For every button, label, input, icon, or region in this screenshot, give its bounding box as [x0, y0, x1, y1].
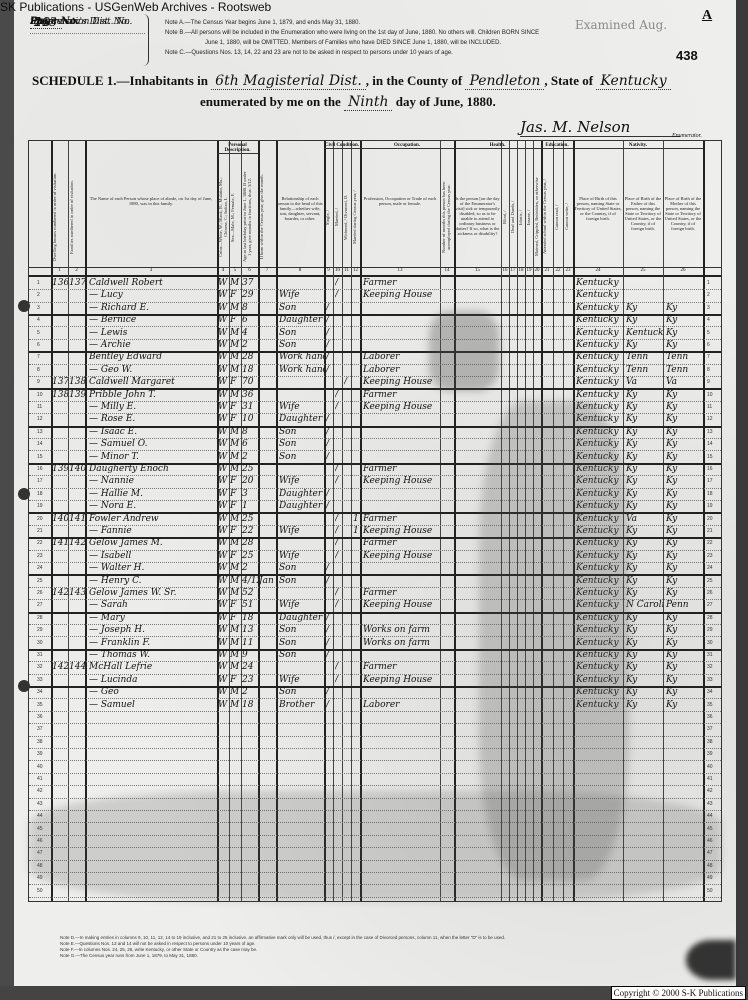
- cell-name: Gelow James W. Sr.: [89, 587, 217, 599]
- column-group-education: Education.: [541, 143, 573, 149]
- cell-name: — Walter H.: [89, 562, 217, 574]
- cell-mother: Ky: [666, 314, 703, 326]
- cell-father: Ky: [626, 438, 663, 450]
- cell-color: W: [218, 562, 229, 574]
- cell-age: 23: [242, 674, 258, 686]
- cell-age: 20: [242, 475, 258, 487]
- cell-sex: M: [230, 277, 241, 289]
- census-row: 10138139Pribble John T.WM36/FarmerKentuc…: [29, 389, 721, 402]
- cell-line: 10: [37, 389, 51, 401]
- cell-color: W: [218, 277, 229, 289]
- cell-color: W: [218, 637, 229, 649]
- cell-sex: M: [230, 575, 241, 587]
- note-b-cont: June 1, 1880, will be OMITTED. Members o…: [165, 38, 585, 48]
- note-g: Note G.—The Census year runs from June 1…: [60, 953, 620, 959]
- cell-line: 14: [37, 438, 51, 450]
- cell-line: 2: [37, 289, 51, 301]
- cell-line-right: 1: [707, 277, 710, 289]
- cell-line-right: 33: [707, 674, 713, 686]
- cell-line-right: 36: [707, 711, 713, 723]
- cell-married: /: [335, 463, 342, 475]
- cell-family: 141: [69, 513, 85, 525]
- cell-mother: Ky: [666, 401, 703, 413]
- cell-name: — Thomas W.: [89, 649, 217, 661]
- cell-relation: Daughter: [279, 612, 324, 624]
- state-prefix: , State of: [544, 73, 593, 88]
- column-header-dwelling: Dwelling houses numbered in order of vis…: [52, 171, 67, 263]
- cell-line-right: 16: [707, 463, 713, 475]
- cell-single: /: [326, 426, 333, 438]
- cell-line: 40: [37, 761, 51, 773]
- cell-father: Ky: [626, 649, 663, 661]
- cell-line: 18: [37, 488, 51, 500]
- cell-relation: Daughter: [279, 488, 324, 500]
- column-number: 14: [440, 268, 454, 273]
- cell-birth: Kentucky: [576, 277, 623, 289]
- cell-color: W: [218, 413, 229, 425]
- census-row: 7Bentley EdwardWM28Work hand/LaborerKent…: [29, 351, 721, 364]
- cell-sex: M: [230, 302, 241, 314]
- cell-married: /: [335, 674, 342, 686]
- column-header-birth: Place of Birth of this person, naming St…: [574, 196, 622, 236]
- cell-age: 8: [242, 426, 258, 438]
- census-table: Dwelling houses numbered in order of vis…: [28, 140, 722, 902]
- cell-relation: Wife: [279, 401, 324, 413]
- cell-relation: Daughter: [279, 314, 324, 326]
- cell-father: Ky: [626, 314, 663, 326]
- site-banner: SK Publications - USGenWeb Archives - Ro…: [0, 0, 271, 14]
- cell-name: — Rose E.: [89, 413, 217, 425]
- cell-line-right: 10: [707, 389, 713, 401]
- cell-relation: Wife: [279, 674, 324, 686]
- cell-name: — Isaac E.: [89, 426, 217, 438]
- cell-relation: Wife: [279, 525, 324, 537]
- cell-sex: F: [230, 289, 241, 301]
- cell-age: 31: [242, 401, 258, 413]
- cell-color: W: [218, 513, 229, 525]
- cell-name: — Henry C.: [89, 575, 217, 587]
- cell-father: Kentucky: [626, 327, 663, 339]
- cell-mother: Ky: [666, 699, 703, 711]
- cell-father: Ky: [626, 413, 663, 425]
- cell-sex: M: [230, 649, 241, 661]
- cell-single: /: [326, 451, 333, 463]
- cell-color: W: [218, 475, 229, 487]
- cell-line-right: 31: [707, 649, 713, 661]
- cell-married: /: [335, 599, 342, 611]
- cell-sex: M: [230, 699, 241, 711]
- cell-married: /: [335, 661, 342, 673]
- cell-mother: Ky: [666, 302, 703, 314]
- cell-born: Jan: [259, 575, 276, 587]
- cell-occupation: Farmer: [363, 463, 440, 475]
- cell-birth: Kentucky: [576, 339, 623, 351]
- cell-line-right: 6: [707, 339, 710, 351]
- note-b: Note B.—All persons will be included in …: [165, 28, 585, 38]
- cell-color: W: [218, 649, 229, 661]
- cell-line: 39: [37, 748, 51, 760]
- cell-line: 20: [37, 513, 51, 525]
- header-notes: Note A.—The Census Year begins June 1, 1…: [165, 18, 585, 58]
- cell-age: 25: [242, 513, 258, 525]
- cell-occupation: Keeping House: [363, 599, 440, 611]
- cell-relation: Wife: [279, 599, 324, 611]
- cell-name: McHall Lefrie: [89, 661, 217, 673]
- cell-married: /: [335, 289, 342, 301]
- cell-line-right: 41: [707, 773, 713, 785]
- cell-line: 43: [37, 798, 51, 810]
- cell-line: 31: [37, 649, 51, 661]
- cell-mother: Ky: [666, 624, 703, 636]
- cell-line: 4: [37, 314, 51, 326]
- schedule-prefix: SCHEDULE 1.—Inhabitants in: [32, 73, 208, 88]
- column-group-nativity: Nativity.: [573, 143, 703, 149]
- cell-occupation: Laborer: [363, 699, 440, 711]
- cell-color: W: [218, 550, 229, 562]
- column-header-single: Single, /: [325, 171, 332, 263]
- cell-age: 18: [242, 364, 258, 376]
- cell-single: /: [326, 339, 333, 351]
- cell-line: 23: [37, 550, 51, 562]
- cell-color: W: [218, 699, 229, 711]
- cell-birth: Kentucky: [576, 389, 623, 401]
- thumb-smudge: [686, 940, 736, 980]
- cell-single: /: [326, 575, 333, 587]
- cell-name: — Lucinda: [89, 674, 217, 686]
- cell-dwelling: 137: [52, 376, 68, 388]
- cell-name: Gelow James M.: [89, 537, 217, 549]
- cell-name: — Samuel O.: [89, 438, 217, 450]
- cell-mother: Ky: [666, 637, 703, 649]
- cell-mother: Ky: [666, 438, 703, 450]
- cell-single: /: [326, 649, 333, 661]
- cell-color: W: [218, 587, 229, 599]
- cell-line-right: 21: [707, 525, 713, 537]
- cell-line-right: 19: [707, 500, 713, 512]
- cell-name: — Richard E.: [89, 302, 217, 314]
- column-number: 10: [333, 268, 342, 273]
- cell-line: 1: [37, 277, 51, 289]
- cell-birth: Kentucky: [576, 351, 623, 363]
- cell-mother: Ky: [666, 413, 703, 425]
- cell-sex: M: [230, 637, 241, 649]
- cell-single: /: [326, 699, 333, 711]
- cell-single: /: [326, 302, 333, 314]
- cell-line-right: 7: [707, 351, 710, 363]
- cell-family: 142: [69, 537, 85, 549]
- cell-line-right: 30: [707, 637, 713, 649]
- cell-relation: Wife: [279, 475, 324, 487]
- cell-name: — Fannie: [89, 525, 217, 537]
- column-header-father: Place of Birth of the Father of this per…: [624, 196, 662, 236]
- cell-line: 37: [37, 723, 51, 735]
- cell-father: Ky: [626, 475, 663, 487]
- sheet-number: 438: [676, 48, 698, 63]
- cell-married: /: [335, 513, 342, 525]
- cell-age: 10: [242, 413, 258, 425]
- cell-relation: Daughter: [279, 413, 324, 425]
- cell-age: 2: [242, 339, 258, 351]
- cell-mother: Ky: [666, 451, 703, 463]
- cell-line-right: 27: [707, 599, 713, 611]
- cell-relation: Wife: [279, 289, 324, 301]
- cell-line: 9: [37, 376, 51, 388]
- cell-father: Va: [626, 513, 663, 525]
- cell-color: W: [218, 451, 229, 463]
- cell-color: W: [218, 488, 229, 500]
- cell-father: Ky: [626, 612, 663, 624]
- cell-father: Ky: [626, 426, 663, 438]
- cell-mother: Penn: [666, 599, 703, 611]
- cell-color: W: [218, 661, 229, 673]
- cell-age: 9: [242, 649, 258, 661]
- column-number: 11: [342, 268, 351, 273]
- census-row: 1136137Caldwell RobertWM37/FarmerKentuck…: [29, 277, 721, 290]
- cell-line-right: 37: [707, 723, 713, 735]
- cell-mother: Ky: [666, 339, 703, 351]
- cell-line-right: 4: [707, 314, 710, 326]
- cell-age: 13: [242, 624, 258, 636]
- cell-sex: M: [230, 587, 241, 599]
- cell-father: Ky: [626, 451, 663, 463]
- cell-name: — Sarah: [89, 599, 217, 611]
- cell-age: 2: [242, 686, 258, 698]
- cell-relation: Son: [279, 339, 324, 351]
- cell-sex: F: [230, 488, 241, 500]
- cell-line-right: 40: [707, 761, 713, 773]
- cell-relation: Son: [279, 562, 324, 574]
- punch-hole: [18, 300, 30, 312]
- census-row: 5— LewisWM4Son/KentuckyKentuckyKy5: [29, 327, 721, 340]
- cell-sex: M: [230, 339, 241, 351]
- cell-line: 42: [37, 785, 51, 797]
- cell-birth: Kentucky: [576, 327, 623, 339]
- cell-single: /: [326, 612, 333, 624]
- cell-age: 8: [242, 302, 258, 314]
- cell-single: /: [326, 562, 333, 574]
- cell-mother: Ky: [666, 327, 703, 339]
- cell-line-right: 8: [707, 364, 710, 376]
- cell-mother: Ky: [666, 525, 703, 537]
- cell-name: — Mary: [89, 612, 217, 624]
- cell-color: W: [218, 401, 229, 413]
- cell-family: 144: [69, 661, 85, 673]
- cell-father: Tenn: [626, 364, 663, 376]
- cell-line-right: 28: [707, 612, 713, 624]
- cell-family: 143: [69, 587, 85, 599]
- cell-father: Ky: [626, 488, 663, 500]
- column-header-unemp: Number of months this person has been un…: [441, 171, 453, 263]
- cell-name: — Milly E.: [89, 401, 217, 413]
- cell-sex: M: [230, 661, 241, 673]
- cell-father: Ky: [626, 686, 663, 698]
- column-number: 5: [229, 268, 241, 273]
- cell-line: 50: [37, 885, 51, 897]
- cell-occupation: Keeping House: [363, 401, 440, 413]
- column-number: 23: [563, 268, 573, 273]
- cell-father: Ky: [626, 463, 663, 475]
- cell-widowed: /: [344, 376, 351, 388]
- cell-father: Ky: [626, 401, 663, 413]
- cell-married: /: [335, 475, 342, 487]
- cell-name: — Franklin F.: [89, 637, 217, 649]
- cell-occupation: Keeping House: [363, 550, 440, 562]
- cell-age: 70: [242, 376, 258, 388]
- cell-name: — Samuel: [89, 699, 217, 711]
- cell-occupation: Keeping House: [363, 674, 440, 686]
- cell-age: 22: [242, 525, 258, 537]
- copyright-notice: Copyright © 2000 S-K Publications: [611, 986, 746, 1000]
- cell-father: Ky: [626, 624, 663, 636]
- cell-occupation: Farmer: [363, 513, 440, 525]
- cell-line: 11: [37, 401, 51, 413]
- cell-dwelling: 141: [52, 537, 68, 549]
- cell-line-right: 39: [707, 748, 713, 760]
- column-number: 2: [68, 268, 85, 273]
- cell-mother: Ky: [666, 537, 703, 549]
- page-identifiers: Page No.21 Supervisor's Dist. No.4 Enume…: [30, 16, 145, 68]
- column-header-deaf: Deaf and Dumb, /: [510, 171, 516, 263]
- enumeration-value: 163: [30, 16, 62, 29]
- column-header-mother: Place of Birth of the Mother of this per…: [664, 196, 702, 236]
- cell-relation: Wife: [279, 550, 324, 562]
- cell-family: 138: [69, 376, 85, 388]
- water-stain: [29, 791, 721, 901]
- cell-age: 18: [242, 612, 258, 624]
- cell-father: Ky: [626, 699, 663, 711]
- cell-sex: M: [230, 513, 241, 525]
- column-header-maimed: Maimed, Crippled, Bedridden, or otherwis…: [534, 171, 540, 263]
- cell-sex: F: [230, 500, 241, 512]
- column-number: 15: [454, 268, 501, 273]
- cell-line: 16: [37, 463, 51, 475]
- cell-name: Fowler Andrew: [89, 513, 217, 525]
- cell-color: W: [218, 674, 229, 686]
- cell-age: 1: [242, 500, 258, 512]
- cell-line-right: 22: [707, 537, 713, 549]
- cell-line-right: 15: [707, 451, 713, 463]
- cell-age: 52: [242, 587, 258, 599]
- cell-color: W: [218, 599, 229, 611]
- cell-line-right: 32: [707, 661, 713, 673]
- cell-sex: F: [230, 314, 241, 326]
- cell-family: 137: [69, 277, 85, 289]
- cell-line: 33: [37, 674, 51, 686]
- column-group-occupation: Occupation.: [360, 143, 454, 149]
- column-header-insane: Insane, /: [526, 171, 532, 263]
- cell-family: 140: [69, 463, 85, 475]
- cell-name: Bentley Edward: [89, 351, 217, 363]
- cell-marriedyear: 1: [353, 525, 360, 537]
- cell-sex: M: [230, 463, 241, 475]
- cell-color: W: [218, 686, 229, 698]
- cell-color: W: [218, 500, 229, 512]
- column-number: 7: [258, 268, 276, 273]
- cell-occupation: Farmer: [363, 389, 440, 401]
- cell-occupation: Keeping House: [363, 376, 440, 388]
- cell-line: 8: [37, 364, 51, 376]
- cell-line: 21: [37, 525, 51, 537]
- cell-age: 3: [242, 488, 258, 500]
- cell-name: — Archie: [89, 339, 217, 351]
- cell-name: — Geo W.: [89, 364, 217, 376]
- cell-color: W: [218, 612, 229, 624]
- cell-occupation: Works on farm: [363, 637, 440, 649]
- cell-sex: F: [230, 525, 241, 537]
- cell-name: — Nora E.: [89, 500, 217, 512]
- cell-mother: Ky: [666, 674, 703, 686]
- cell-line-right: 5: [707, 327, 710, 339]
- cell-birth: Kentucky: [576, 314, 623, 326]
- cell-married: /: [335, 401, 342, 413]
- column-group-civil: Civil Condition.: [324, 143, 360, 149]
- enumerated-suffix: day of June, 1880.: [396, 94, 496, 109]
- cell-sex: M: [230, 438, 241, 450]
- cell-father: Ky: [626, 575, 663, 587]
- cell-age: 24: [242, 661, 258, 673]
- cell-name: Pribble John T.: [89, 389, 217, 401]
- column-header-color: Color—White, W.; Black, B.; Mulatto, Mu.…: [218, 171, 228, 263]
- cell-relation: Brother: [279, 699, 324, 711]
- cell-married: /: [335, 550, 342, 562]
- cell-sex: M: [230, 624, 241, 636]
- cell-line-right: 25: [707, 575, 713, 587]
- cell-line-right: 13: [707, 426, 713, 438]
- cell-single: /: [326, 413, 333, 425]
- column-header-name: The Name of each Person whose place of a…: [86, 196, 216, 236]
- census-row: 11— Milly E.WF31Wife/Keeping HouseKentuc…: [29, 401, 721, 414]
- cell-dwelling: 142: [52, 661, 68, 673]
- cell-line: 36: [37, 711, 51, 723]
- cell-single: /: [326, 438, 333, 450]
- cell-color: W: [218, 364, 229, 376]
- cell-sex: F: [230, 674, 241, 686]
- cell-line: 38: [37, 736, 51, 748]
- cell-relation: Son: [279, 327, 324, 339]
- cell-mother: Ky: [666, 612, 703, 624]
- cell-single: /: [326, 637, 333, 649]
- cell-father: N Carolina: [626, 599, 663, 611]
- column-number: 13: [360, 268, 440, 273]
- column-number: 6: [241, 268, 258, 273]
- cell-relation: Son: [279, 637, 324, 649]
- cell-occupation: Keeping House: [363, 289, 440, 301]
- cell-relation: Work hand: [279, 351, 324, 363]
- cell-color: W: [218, 302, 229, 314]
- cell-occupation: Keeping House: [363, 525, 440, 537]
- cell-father: Ky: [626, 525, 663, 537]
- cell-single: /: [326, 351, 333, 363]
- enumerator-signature: Jas. M. Nelson: [520, 118, 680, 137]
- cell-age: 6: [242, 314, 258, 326]
- cell-birth: Kentucky: [576, 364, 623, 376]
- column-number: 12: [351, 268, 360, 273]
- column-number: 8: [276, 268, 324, 273]
- cell-sex: M: [230, 451, 241, 463]
- column-number: 3: [85, 268, 217, 273]
- cell-birth: Kentucky: [576, 289, 623, 301]
- cell-sex: F: [230, 401, 241, 413]
- county-prefix: , in the County of: [366, 73, 462, 88]
- cell-sex: M: [230, 426, 241, 438]
- cell-relation: Son: [279, 438, 324, 450]
- column-number: 19: [525, 268, 533, 273]
- cell-line: 19: [37, 500, 51, 512]
- cell-line: 32: [37, 661, 51, 673]
- cell-father: Ky: [626, 389, 663, 401]
- cell-mother: Ky: [666, 562, 703, 574]
- cell-line-right: 17: [707, 475, 713, 487]
